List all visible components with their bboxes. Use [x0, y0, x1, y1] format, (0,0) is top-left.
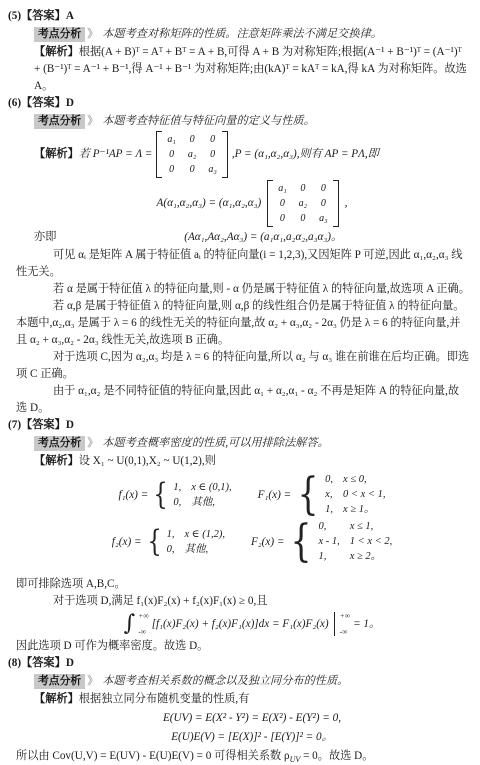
piecewise-f2: f₂(x) = { 1,x ∈ (1,2), 0,其他,: [112, 527, 225, 557]
solution-text: 可见 αᵢ 是矩阵 A 属于特征值 aᵢ 的特征向量(i = 1,2,3),又因…: [16, 249, 463, 278]
case-condition: x ≥ 1。: [343, 503, 385, 517]
solution-paragraph: 【解析】设 X₁ ~ U(0,1),X₂ ~ U(1,2),则: [34, 453, 470, 470]
solution-paragraph: 因此选项 D 可作为概率密度。故选 D。: [16, 638, 470, 655]
integral-equation: ∫ +∞ -∞ [f₁(x)F₂(x) + f₂(x)F₁(x)]dx = F₁…: [34, 612, 470, 636]
case-condition: 其他,: [191, 496, 231, 510]
function-label: f₁(x) =: [118, 487, 148, 504]
solution-label: 【解析】: [34, 46, 79, 58]
answer-line: (5)【答案】A: [8, 8, 470, 25]
analysis-line: 考点分析 》 本题考查相关系数的概念以及独立同分布的性质。: [34, 673, 470, 690]
matrix-lambda: a₁00 0a₂0 00a₃: [267, 180, 338, 227]
matrix: a₁00 0a₂0 00a₃: [273, 180, 332, 227]
analysis-line: 考点分析 》 本题考查概率密度的性质,可以用排除法解答。: [34, 435, 470, 452]
integral-sign: ∫: [124, 613, 135, 635]
analysis-text: 本题考查对称矩阵的性质。注意矩阵乘法不满足交换律。: [102, 26, 382, 43]
answer-line: (7)【答案】D: [8, 417, 470, 434]
matrix-cell: 0: [319, 182, 327, 195]
equation-fragment: A(α₁,α₂,α₃) = (α₁,α₂,α₃): [157, 195, 262, 212]
case-value: 0,: [173, 496, 181, 510]
matrix-cell: 0: [188, 163, 196, 176]
matrix-cell: 0: [299, 182, 307, 195]
function-label: f₂(x) =: [112, 534, 142, 551]
upper-limit: +∞: [138, 612, 148, 620]
matrix-cell: 0: [167, 148, 175, 161]
matrix-lambda: a₁00 0a₂0 00a₃: [156, 131, 227, 178]
equation-fragment: = 1。: [353, 616, 380, 633]
question-5: (5)【答案】A 考点分析 》 本题考查对称矩阵的性质。注意矩阵乘法不满足交换律…: [8, 8, 470, 95]
solution-intro: 【解析】 若 P⁻¹AP = Λ = a₁00 0a₂0 00a₃ ,P = (…: [34, 131, 470, 178]
case-condition: x ≤ 0,: [343, 473, 385, 487]
matrix-cell: 0: [188, 133, 196, 146]
density-equations-1: f₁(x) = { 1,x ∈ (0,1), 0,其他, F₁(x) = { 0…: [34, 473, 470, 517]
answer-value: D: [66, 419, 74, 431]
equation-fragment: 若 P⁻¹AP = Λ =: [79, 146, 153, 163]
solution-paragraph: 对于选项 D,满足 f₁(x)F₂(x) + f₂(x)F₁(x) ≥ 0,且: [16, 593, 470, 610]
cases: 1,x ∈ (1,2), 0,其他,: [167, 528, 225, 557]
question-number: (8): [8, 657, 21, 669]
case-condition: x ∈ (0,1),: [191, 481, 231, 495]
left-brace: {: [154, 480, 168, 510]
chevron-icon: 》: [87, 26, 98, 43]
left-brace: {: [291, 520, 312, 564]
solution-text: 若 α 是属于特征值 λ 的特征向量,则 - α 仍是属于特征值 λ 的特征向量…: [53, 283, 470, 295]
piecewise-F1: F₁(x) = { 0,x ≤ 0, x,0 < x < 1, 1,x ≥ 1。: [258, 473, 386, 517]
matrix-cell: a₃: [319, 212, 327, 225]
solution-text: 若 α,β 是属于特征值 λ 的特征向量,则 α,β 的线性组合仍是属于特征值 …: [16, 300, 465, 346]
question-number: (5): [8, 10, 21, 22]
matrix-cell: a₂: [188, 148, 196, 161]
solution-text: 即可排除选项 A,B,C。: [16, 578, 126, 590]
lower-limit: -∞: [138, 628, 148, 636]
case-value: 1,: [167, 528, 175, 542]
solution-paragraph: 即可排除选项 A,B,C。: [16, 576, 470, 593]
case-value: 1,: [325, 503, 333, 517]
chevron-icon: 》: [87, 113, 98, 130]
solution-text: 根据独立同分布随机变量的性质,有: [79, 693, 250, 705]
question-6: (6)【答案】D 考点分析 》 本题考查特征值与特征向量的定义与性质。 【解析】…: [8, 95, 470, 417]
question-body: 考点分析 》 本题考查对称矩阵的性质。注意矩阵乘法不满足交换律。 【解析】根据(…: [34, 26, 470, 95]
solution-text: 设 X₁ ~ U(0,1),X₂ ~ U(1,2),则: [79, 455, 216, 467]
density-equations-2: f₂(x) = { 1,x ∈ (1,2), 0,其他, F₂(x) = { 0…: [34, 520, 470, 564]
chevron-icon: 》: [87, 673, 98, 690]
document-page: (5)【答案】A 考点分析 》 本题考查对称矩阵的性质。注意矩阵乘法不满足交换律…: [0, 0, 480, 765]
answer-value: D: [66, 657, 74, 669]
chevron-icon: 》: [87, 435, 98, 452]
question-body: 考点分析 》 本题考查概率密度的性质,可以用排除法解答。 【解析】设 X₁ ~ …: [34, 435, 470, 655]
case-condition: x ≤ 1,: [350, 520, 392, 534]
matrix-cell: 0: [208, 148, 216, 161]
matrix-cell: 0: [278, 197, 286, 210]
equation-line: 亦即 (Aα₁,Aα₂,Aα₃) = (a₁α₁,a₂α₂,a₃α₃)。: [34, 229, 470, 246]
solution-text: 对于选项 D,满足 f₁(x)F₂(x) + f₂(x)F₁(x) ≥ 0,且: [53, 595, 268, 607]
function-label: F₂(x) =: [251, 534, 285, 551]
matrix-cell: a₁: [278, 182, 286, 195]
question-body: 考点分析 》 本题考查相关系数的概念以及独立同分布的性质。 【解析】根据独立同分…: [34, 673, 470, 765]
question-8: (8)【答案】D 考点分析 》 本题考查相关系数的概念以及独立同分布的性质。 【…: [8, 655, 470, 765]
cases: 0,x ≤ 1, x - 1,1 < x < 2, 1,x ≥ 2。: [318, 520, 392, 564]
answer-value: A: [66, 10, 74, 22]
lower-limit: -∞: [340, 628, 350, 636]
analysis-badge: 考点分析: [34, 27, 85, 42]
case-value: 0,: [325, 473, 333, 487]
solution-label: 【解析】: [34, 146, 79, 163]
equation-fragment: ,P = (α₁,α₂,α₃),则有 AP = PΛ,即: [232, 146, 470, 163]
answer-label: 【答案】: [21, 10, 66, 22]
solution-text: 对于选项 C,因为 α₂,α₃ 均是 λ = 6 的特征向量,所以 α₂ 与 α…: [16, 351, 469, 380]
matrix-cell: 0: [278, 212, 286, 225]
solution-label: 【解析】: [34, 455, 79, 467]
analysis-badge: 考点分析: [34, 114, 85, 129]
solution-text: = 0。故选 D。: [300, 750, 373, 762]
matrix-cell: a₂: [299, 197, 307, 210]
case-value: 0,: [167, 543, 175, 557]
analysis-text: 本题考查特征值与特征向量的定义与性质。: [102, 113, 315, 130]
answer-label: 【答案】: [21, 419, 66, 431]
matrix-cell: 0: [167, 163, 175, 176]
piecewise-f1: f₁(x) = { 1,x ∈ (0,1), 0,其他,: [118, 480, 231, 510]
evaluation-limits: +∞ -∞: [340, 612, 350, 636]
integral-limits: +∞ -∞: [138, 612, 148, 636]
case-value: x,: [325, 488, 333, 502]
equation-fragment: ,: [345, 195, 348, 212]
matrix-cell: 0: [208, 133, 216, 146]
answer-line: (8)【答案】D: [8, 655, 470, 672]
case-condition: 0 < x < 1,: [343, 488, 385, 502]
matrix-bracket-right: [222, 131, 228, 178]
solution-paragraph: 若 α,β 是属于特征值 λ 的特征向量,则 α,β 的线性组合仍是属于特征值 …: [16, 298, 470, 349]
question-number: (7): [8, 419, 21, 431]
analysis-badge: 考点分析: [34, 674, 85, 689]
matrix-bracket-right: [333, 180, 339, 227]
equation-line: E(UV) = E(X² - Y²) = E(X²) - E(Y²) = 0,: [34, 710, 470, 727]
analysis-line: 考点分析 》 本题考查对称矩阵的性质。注意矩阵乘法不满足交换律。: [34, 26, 470, 43]
connector-text: 亦即: [34, 229, 56, 246]
left-brace: {: [298, 473, 319, 517]
case-condition: x ≥ 2。: [350, 550, 392, 564]
solution-paragraph: 【解析】根据(A + B)ᵀ = Aᵀ + Bᵀ = A + B,可得 A + …: [34, 44, 470, 95]
equation-line: E(U)E(V) = [E(X)]² - [E(Y)]² = 0。: [34, 729, 470, 746]
case-value: 0,: [318, 520, 339, 534]
matrix-equation: A(α₁,α₂,α₃) = (α₁,α₂,α₃) a₁00 0a₂0 00a₃ …: [34, 180, 470, 227]
cases: 1,x ∈ (0,1), 0,其他,: [173, 481, 231, 510]
upper-limit: +∞: [340, 612, 350, 620]
answer-value: D: [66, 97, 74, 109]
matrix-cell: a₁: [167, 133, 175, 146]
analysis-text: 本题考查概率密度的性质,可以用排除法解答。: [102, 435, 329, 452]
matrix: a₁00 0a₂0 00a₃: [162, 131, 221, 178]
analysis-line: 考点分析 》 本题考查特征值与特征向量的定义与性质。: [34, 113, 470, 130]
equation-fragment: E(UV) = E(X² - Y²) = E(X²) - E(Y²) = 0,: [163, 710, 341, 727]
case-condition: x ∈ (1,2),: [185, 528, 225, 542]
question-7: (7)【答案】D 考点分析 》 本题考查概率密度的性质,可以用排除法解答。 【解…: [8, 417, 470, 655]
solution-paragraph: 所以由 Cov(U,V) = E(UV) - E(U)E(V) = 0 可得相关…: [16, 748, 470, 765]
answer-label: 【答案】: [21, 97, 66, 109]
rho-subscript: UV: [290, 755, 301, 764]
answer-label: 【答案】: [21, 657, 66, 669]
evaluation-bar: [334, 612, 335, 636]
solution-text: 因此选项 D 可作为概率密度。故选 D。: [16, 640, 208, 652]
case-condition: 其他,: [185, 543, 225, 557]
solution-paragraph: 对于选项 C,因为 α₂,α₃ 均是 λ = 6 的特征向量,所以 α₂ 与 α…: [16, 349, 470, 383]
case-value: 1,: [318, 550, 339, 564]
case-value: 1,: [173, 481, 181, 495]
solution-text: 所以由 Cov(U,V) = E(UV) - E(U)E(V) = 0 可得相关…: [16, 750, 290, 762]
solution-paragraph: 若 α 是属于特征值 λ 的特征向量,则 - α 仍是属于特征值 λ 的特征向量…: [16, 281, 470, 298]
question-body: 考点分析 》 本题考查特征值与特征向量的定义与性质。 【解析】 若 P⁻¹AP …: [34, 113, 470, 417]
solution-label: 【解析】: [34, 693, 79, 705]
solution-text: 由于 α₁,α₂ 是不同特征值的特征向量,因此 α₁ + α₂,α₁ - α₂ …: [16, 385, 459, 414]
equation-fragment: (Aα₁,Aα₂,Aα₃) = (a₁α₁,a₂α₂,a₃α₃)。: [56, 229, 470, 246]
solution-paragraph: 由于 α₁,α₂ 是不同特征值的特征向量,因此 α₁ + α₂,α₁ - α₂ …: [16, 383, 470, 417]
solution-paragraph: 【解析】根据独立同分布随机变量的性质,有: [34, 691, 470, 708]
equation-fragment: [f₁(x)F₂(x) + f₂(x)F₁(x)]dx = F₁(x)F₂(x): [152, 616, 329, 633]
question-number: (6): [8, 97, 21, 109]
equation-fragment: E(U)E(V) = [E(X)]² - [E(Y)]² = 0。: [171, 729, 333, 746]
analysis-text: 本题考查相关系数的概念以及独立同分布的性质。: [102, 673, 348, 690]
analysis-badge: 考点分析: [34, 436, 85, 451]
function-label: F₁(x) =: [258, 487, 292, 504]
matrix-cell: 0: [319, 197, 327, 210]
solution-paragraph: 可见 αᵢ 是矩阵 A 属于特征值 aᵢ 的特征向量(i = 1,2,3),又因…: [16, 247, 470, 281]
piecewise-F2: F₂(x) = { 0,x ≤ 1, x - 1,1 < x < 2, 1,x …: [251, 520, 392, 564]
case-value: x - 1,: [318, 535, 339, 549]
left-brace: {: [147, 527, 161, 557]
cases: 0,x ≤ 0, x,0 < x < 1, 1,x ≥ 1。: [325, 473, 385, 517]
case-condition: 1 < x < 2,: [350, 535, 392, 549]
matrix-cell: a₃: [208, 163, 216, 176]
answer-line: (6)【答案】D: [8, 95, 470, 112]
solution-text: 根据(A + B)ᵀ = Aᵀ + Bᵀ = A + B,可得 A + B 为对…: [34, 46, 467, 92]
matrix-cell: 0: [299, 212, 307, 225]
